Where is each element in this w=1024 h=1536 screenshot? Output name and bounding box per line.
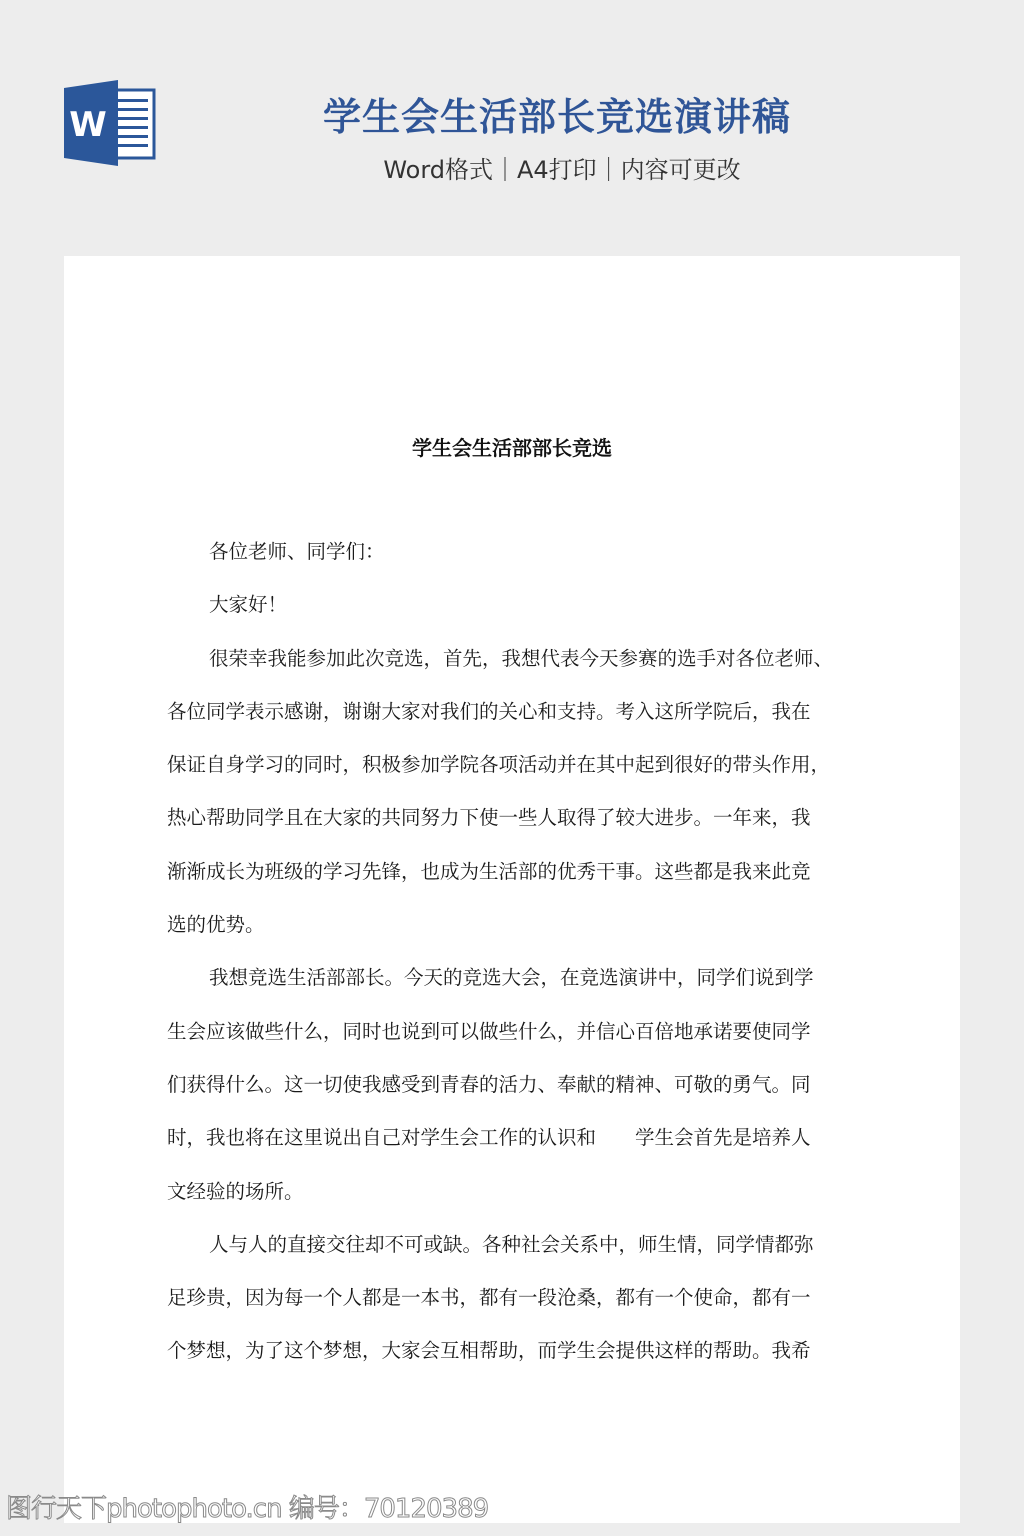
body-line: 大家好！ [167, 591, 867, 644]
body-line: 我想竞选生活部部长。今天的竞选大会，在竞选演讲中，同学们说到学 [167, 964, 867, 1017]
header-title: 学生会生活部长竞选演讲稿 [0, 92, 1024, 142]
body-line: 保证自身学习的同时，积极参加学院各项活动并在其中起到很好的带头作用， [167, 751, 867, 804]
body-line: 各位老师、同学们： [167, 538, 867, 591]
document-title: 学生会生活部部长竞选 [64, 434, 960, 462]
document-body: 各位老师、同学们： 大家好！ 很荣幸我能参加此次竞选，首先，我想代表今天参赛的选… [167, 538, 867, 1391]
body-line: 热心帮助同学且在大家的共同努力下使一些人取得了较大进步。一年来，我 [167, 804, 867, 857]
body-line: 选的优势。 [167, 911, 867, 964]
header-subtitle: Word格式｜A4打印｜内容可更改 [0, 152, 1024, 188]
body-line: 很荣幸我能参加此次竞选，首先，我想代表今天参赛的选手对各位老师、 [167, 645, 867, 698]
body-line: 各位同学表示感谢，谢谢大家对我们的关心和支持。考入这所学院后，我在 [167, 698, 867, 751]
body-line: 人与人的直接交往却不可或缺。各种社会关系中，师生情，同学情都弥 [167, 1231, 867, 1284]
header-banner: W 学生会生活部长竞选演讲稿 Word格式｜A4打印｜内容可更改 [0, 0, 1024, 256]
body-line: 文经验的场所。 [167, 1178, 867, 1231]
body-line: 们获得什么。这一切使我感受到青春的活力、奉献的精神、可敬的勇气。同 [167, 1071, 867, 1124]
document-page: 学生会生活部部长竞选 各位老师、同学们： 大家好！ 很荣幸我能参加此次竞选，首先… [64, 256, 960, 1523]
body-line: 时，我也将在这里说出自己对学生会工作的认识和 学生会首先是培养人 [167, 1124, 867, 1177]
body-line: 生会应该做些什么，同时也说到可以做些什么，并信心百倍地承诺要使同学 [167, 1018, 867, 1071]
watermark-text: 图行天下photophoto.cn 编号：70120389 [6, 1493, 488, 1525]
body-line: 渐渐成长为班级的学习先锋，也成为生活部的优秀干事。这些都是我来此竞 [167, 858, 867, 911]
body-line: 足珍贵，因为每一个人都是一本书，都有一段沧桑，都有一个使命，都有一 [167, 1284, 867, 1337]
body-line: 个梦想，为了这个梦想，大家会互相帮助，而学生会提供这样的帮助。我希 [167, 1337, 867, 1390]
